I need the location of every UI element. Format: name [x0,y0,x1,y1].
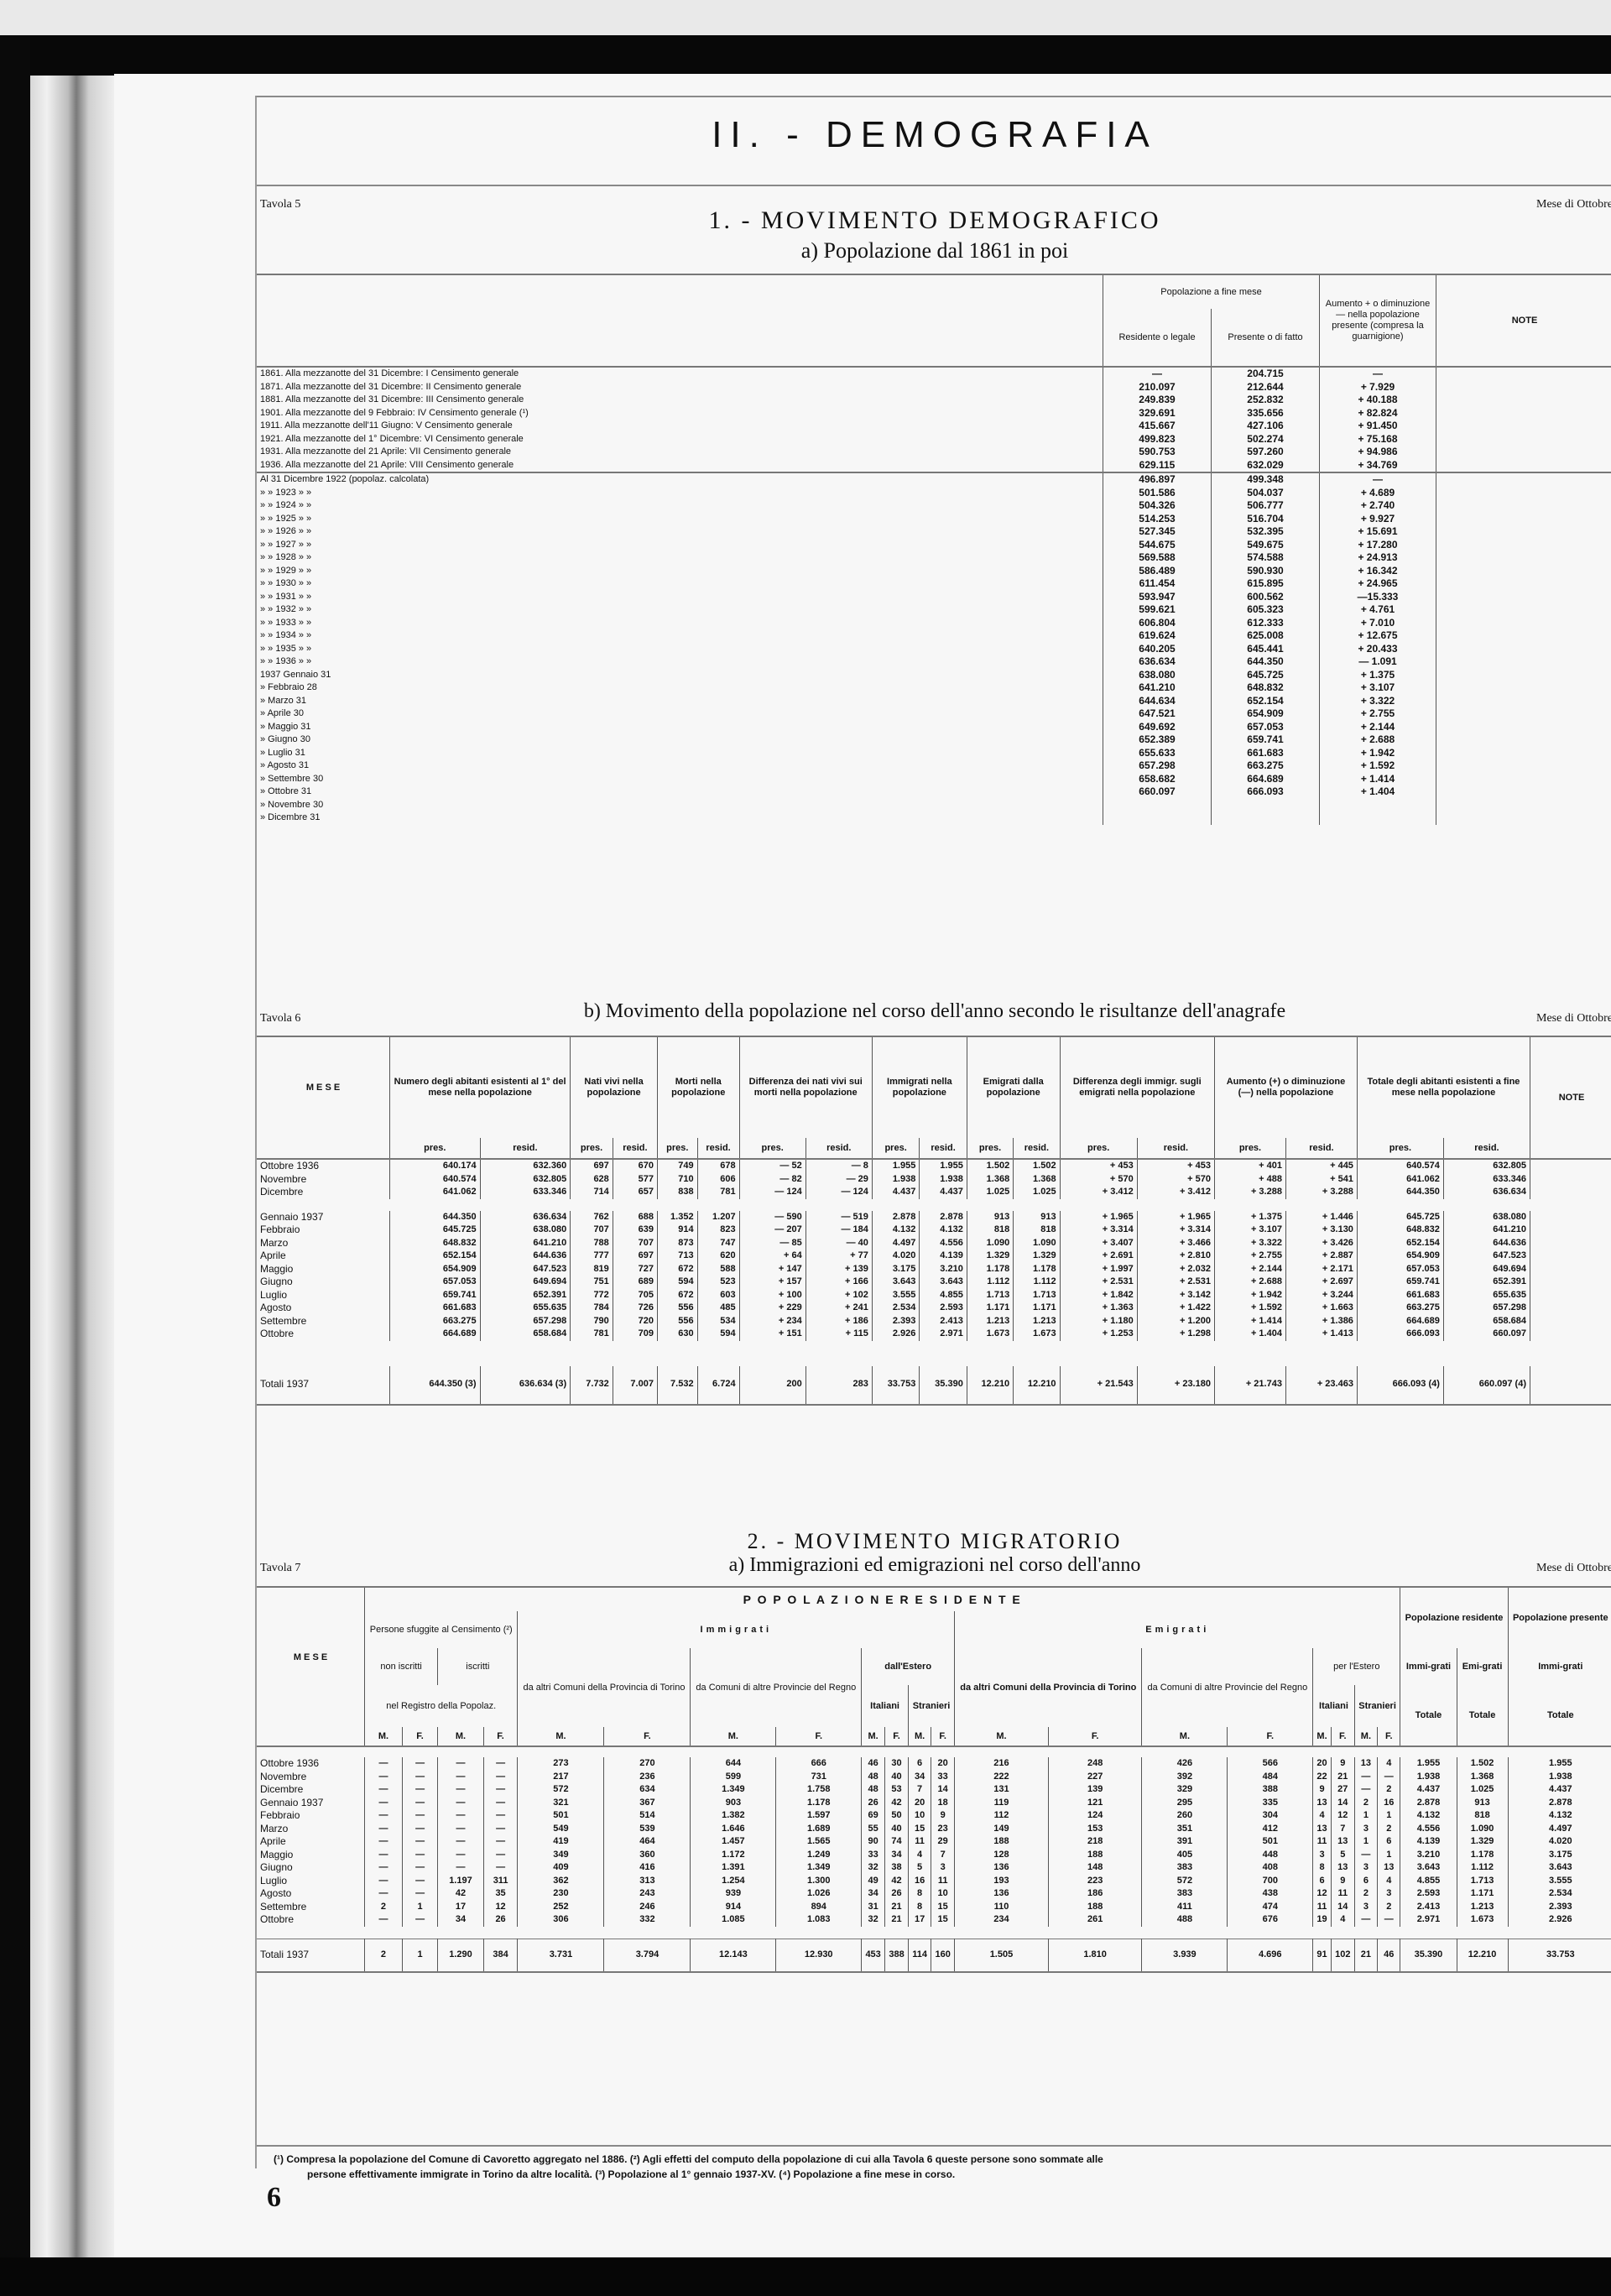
cell-value: 606 [697,1173,739,1187]
table-row: Totali 1937211.2903843.7313.79412.14312.… [257,1939,1611,1972]
cell-value: 5 [908,1861,931,1875]
row-label: » Ottobre 31 [257,785,1103,799]
cell-value: 1.565 [776,1835,862,1849]
cell-pres [1212,811,1320,825]
cell-value: 2.878 [872,1211,919,1224]
row-month: Ottobre 1936 [257,1757,365,1771]
cell-value: — [438,1861,483,1875]
col-residente: Residente o legale [1103,309,1212,367]
cell-value: 1.368 [967,1173,1013,1187]
cell-value: 873 [657,1237,697,1250]
cell-value: 2.971 [1400,1913,1457,1927]
cell-diff: — 1.091 [1320,655,1436,669]
cell-value: 2.878 [1508,1797,1611,1810]
cell-value: 539 [604,1823,691,1836]
row-label: » Settembre 30 [257,773,1103,786]
table-title: 1. - MOVIMENTO DEMOGRAFICO [257,206,1611,235]
subcol-pres: pres. [571,1138,613,1159]
cell-value: 1.955 [1508,1757,1611,1771]
cell-value: 913 [1014,1211,1060,1224]
cell-note [1436,617,1611,630]
cell-value: 48 [862,1771,885,1784]
cell-value: 32 [862,1861,885,1875]
cell-value: — [365,1835,403,1849]
cell-pres: 657.053 [1212,721,1320,734]
cell-res: 658.682 [1103,773,1212,786]
cell-value: 2 [1378,1783,1400,1797]
cell-value: 53 [885,1783,909,1797]
subcol-m: M. [1354,1727,1377,1746]
cell-value: 666 [776,1757,862,1771]
cell-value: 7.732 [571,1366,613,1405]
cell-value: 1.352 [657,1211,697,1224]
cell-value: 14 [1331,1901,1354,1914]
cell-value: 4.132 [1508,1809,1611,1823]
cell-value: 295 [1142,1797,1228,1810]
spacer-row [257,1927,1611,1939]
spacer [257,1138,390,1159]
cell-value: 644.636 [1443,1237,1530,1250]
cell-value: 332 [604,1913,691,1927]
cell-value: + 3.314 [1060,1224,1137,1237]
table-row: Al 31 Dicembre 1922 (popolaz. calcolata)… [257,472,1611,487]
cell-value: 572 [1142,1875,1228,1888]
cell-res: 210.097 [1103,381,1212,394]
cell-diff: + 75.168 [1320,433,1436,446]
col-header-0: Numero degli abitanti esistenti al 1° de… [390,1036,571,1138]
cell-value: 13 [1354,1757,1377,1771]
cell-pres: 504.037 [1212,487,1320,500]
cell-value: 3.555 [872,1289,919,1302]
cell-value: 222 [955,1771,1049,1784]
cell-value: 311 [483,1875,518,1888]
table-row: Aprile————4194641.4571.56590741129188218… [257,1835,1611,1849]
cell-value: 23 [931,1823,955,1836]
cell-value: 913 [967,1211,1013,1224]
col-header-3: Differenza dei nati vivi sui morti nella… [739,1036,872,1138]
cell-value: 638.080 [480,1224,571,1237]
cell-value: 1.713 [1014,1289,1060,1302]
cell-pres: 600.562 [1212,591,1320,604]
cell-value: + 570 [1060,1173,1137,1187]
cell-value: 20 [908,1797,931,1810]
subcol-m: M. [691,1727,776,1746]
cell-value: 1.713 [967,1289,1013,1302]
cell-value: 236 [604,1771,691,1784]
cell-value: 1.713 [1457,1875,1508,1888]
cell-value: 148 [1048,1861,1142,1875]
row-label: 1921. Alla mezzanotte del 1° Dicembre: V… [257,433,1103,446]
cell-value: 6.724 [697,1366,739,1405]
subcol-m: M. [908,1727,931,1746]
cell-value: 248 [1048,1757,1142,1771]
cell-value: 4.132 [872,1224,919,1237]
cell-value: — 52 [739,1159,805,1173]
cell-value: — 82 [739,1173,805,1187]
cell-value: 1.085 [691,1913,776,1927]
cell-value: 8 [908,1901,931,1914]
cell-value: 4 [908,1849,931,1862]
cell-value: 644.350 (3) [390,1366,481,1405]
cell-value: 160 [931,1939,955,1972]
cell-value: 21 [885,1913,909,1927]
cell-note [1530,1315,1611,1328]
cell-pres: 659.741 [1212,733,1320,747]
cell-note [1436,785,1611,799]
cell-value: 632.805 [480,1173,571,1187]
cell-diff: — [1320,367,1436,381]
cell-pres [1212,799,1320,812]
cell-value: 577 [613,1173,657,1187]
cell-value: 3 [931,1861,955,1875]
table-row: Febbraio————5015141.3821.597695010911212… [257,1809,1611,1823]
cell-value: 26 [885,1887,909,1901]
page-number: 6 [267,2182,281,2214]
cell-pres: 652.154 [1212,695,1320,708]
cell-value: 304 [1228,1809,1313,1823]
cell-pres: 204.715 [1212,367,1320,381]
cell-value: 119 [955,1797,1049,1810]
cell-value: 640.174 [390,1159,481,1173]
cell-value: — [365,1823,403,1836]
cell-value: 777 [571,1250,613,1263]
cell-value: 388 [885,1939,909,1972]
table-row: Luglio659.741652.391772705672603+ 100+ 1… [257,1289,1611,1302]
cell-value: 110 [955,1901,1049,1914]
cell-pres: 644.350 [1212,655,1320,669]
cell-value: 1.955 [1400,1757,1457,1771]
cell-note [1436,420,1611,433]
cell-res: 636.634 [1103,655,1212,669]
cell-value: 1.197 [438,1875,483,1888]
cell-value: 657.053 [390,1276,481,1289]
cell-value: 1 [402,1901,437,1914]
subcol-f: F. [402,1727,437,1746]
cell-value: 666.093 (4) [1357,1366,1443,1405]
cell-value: 474 [1228,1901,1313,1914]
book-spine [30,76,114,2257]
spacer-row [257,1199,1611,1211]
cell-value: 2.926 [1508,1913,1611,1927]
table-row: 1931. Alla mezzanotte del 21 Aprile: VII… [257,446,1611,459]
cell-value: + 100 [739,1289,805,1302]
cell-value: 13 [1378,1861,1400,1875]
subcol-pres: pres. [657,1138,697,1159]
cell-note [1530,1302,1611,1315]
cell-diff: + 2.688 [1320,733,1436,747]
subcol-resid: resid. [1014,1138,1060,1159]
cell-value: + 77 [805,1250,872,1263]
cell-res: 649.692 [1103,721,1212,734]
cell-value: — [438,1797,483,1810]
cell-value: 501 [1228,1835,1313,1849]
cell-value: 488 [1142,1913,1228,1927]
cell-value: 652.391 [1443,1276,1530,1289]
cell-pres: 648.832 [1212,681,1320,695]
cell-value: 2.413 [920,1315,967,1328]
cell-value: 114 [908,1939,931,1972]
cell-value: 90 [862,1835,885,1849]
cell-value: 453 [862,1939,885,1972]
cell-value: + 1.422 [1137,1302,1214,1315]
cell-value: 4.139 [1400,1835,1457,1849]
table-row: » » 1923 » »501.586504.037+ 4.689 [257,487,1611,500]
cell-value: 1.329 [1014,1250,1060,1263]
cell-value: 713 [657,1250,697,1263]
cell-value: 641.062 [1357,1173,1443,1187]
cell-value: 731 [776,1771,862,1784]
cell-value: 781 [697,1186,739,1199]
cell-value: 678 [697,1159,739,1173]
cell-value: 42 [885,1875,909,1888]
cell-value: 914 [657,1224,697,1237]
cell-value: — 85 [739,1237,805,1250]
col-totale: Totale [1457,1685,1508,1746]
movement-rows: Ottobre 1936640.174632.360697670749678— … [257,1159,1611,1405]
cell-value: 652.154 [1357,1237,1443,1250]
cell-value: 426 [1142,1757,1228,1771]
cell-value: 3 [1378,1887,1400,1901]
row-month: Ottobre 1936 [257,1159,390,1173]
cell-value: + 1.298 [1137,1328,1214,1341]
cell-value: 514 [604,1809,691,1823]
cell-value: 644.636 [480,1250,571,1263]
cell-diff: + 82.824 [1320,407,1436,420]
cell-value: 136 [955,1887,1049,1901]
cell-note [1436,459,1611,473]
cell-value: + 453 [1137,1159,1214,1173]
cell-value: 2.534 [872,1302,919,1315]
table-row: » » 1930 » »611.454615.895+ 24.965 [257,577,1611,591]
cell-value: 594 [657,1276,697,1289]
subcol-resid: resid. [1137,1138,1214,1159]
cell-value: 270 [604,1757,691,1771]
cell-value: + 102 [805,1289,872,1302]
cell-value: 1 [1354,1835,1377,1849]
row-label: 1861. Alla mezzanotte del 31 Dicembre: I… [257,367,1103,381]
cell-res [1103,811,1212,825]
subcol-resid: resid. [805,1138,872,1159]
cell-value: 772 [571,1289,613,1302]
cell-value: + 1.200 [1137,1315,1214,1328]
page-content: II. - DEMOGRAFIA Tavola 5 Mese di Ottobr… [255,96,1611,2168]
row-label: » » 1932 » » [257,603,1103,617]
cell-value: — [1378,1913,1400,1927]
cell-value: 652.154 [390,1250,481,1263]
row-label: » » 1936 » » [257,655,1103,669]
cell-value: 306 [518,1913,604,1927]
cell-note [1530,1366,1611,1405]
cell-value: 654.909 [1357,1250,1443,1263]
cell-value: 523 [697,1276,739,1289]
col-imm-italiani: Italiani [862,1685,909,1727]
cell-value: 69 [862,1809,885,1823]
cell-value: 663.275 [390,1315,481,1328]
cell-value: 749 [657,1159,697,1173]
cell-value: 534 [697,1315,739,1328]
cell-value: 636.634 (3) [480,1366,571,1405]
cell-value: 4.855 [920,1289,967,1302]
cell-value: 657.298 [480,1315,571,1328]
cell-value: + 115 [805,1328,872,1341]
cell-value: 48 [862,1783,885,1797]
row-month: Dicembre [257,1783,365,1797]
row-month: Settembre [257,1315,390,1328]
cell-res: 644.634 [1103,695,1212,708]
cell-value: 661.683 [390,1302,481,1315]
subcol-f: F. [604,1727,691,1746]
table-row: Marzo————5495391.6461.689554015231491533… [257,1823,1611,1836]
cell-value: 1.025 [1457,1783,1508,1797]
cell-value: 640.574 [1357,1159,1443,1173]
subcol-f: F. [1048,1727,1142,1746]
cell-value: 3.643 [1508,1861,1611,1875]
cell-value: 383 [1142,1861,1228,1875]
cell-value: 55 [862,1823,885,1836]
cell-diff: — [1320,472,1436,487]
cell-value: 12 [483,1901,518,1914]
cell-value: 15 [908,1823,931,1836]
cell-value: — [402,1875,437,1888]
cell-note [1530,1211,1611,1224]
cell-value: — [365,1849,403,1862]
col-per-estero: per l'Estero [1313,1648,1400,1685]
cell-note [1530,1159,1611,1173]
cell-value: 124 [1048,1809,1142,1823]
cell-value: 464 [604,1835,691,1849]
table-row: » » 1933 » »606.804612.333+ 7.010 [257,617,1611,630]
cell-value: 647.523 [1443,1250,1530,1263]
cell-value: + 541 [1285,1173,1357,1187]
cell-value: 367 [604,1797,691,1810]
cell-value: + 3.412 [1060,1186,1137,1199]
cell-value: 313 [604,1875,691,1888]
cell-res: 496.897 [1103,472,1212,487]
cell-value: 21 [1354,1939,1377,1972]
cell-value: — [365,1809,403,1823]
subcol-pres: pres. [390,1138,481,1159]
table-row: Settembre663.275657.298790720556534+ 234… [257,1315,1611,1328]
cell-value: + 1.942 [1214,1289,1285,1302]
cell-value: 664.689 [390,1328,481,1341]
cell-value: 603 [697,1289,739,1302]
cell-value: + 401 [1214,1159,1285,1173]
row-label: » Maggio 31 [257,721,1103,734]
cell-value: 243 [604,1887,691,1901]
table-row: » » 1928 » »569.588574.588+ 24.913 [257,551,1611,565]
row-label: » » 1930 » » [257,577,1103,591]
row-month: Novembre [257,1771,365,1784]
cell-value: 15 [931,1913,955,1927]
cell-value: 246 [604,1901,691,1914]
cell-value: 784 [571,1302,613,1315]
row-month: Totali 1937 [257,1939,365,1972]
cell-value: + 445 [1285,1159,1357,1173]
cell-note [1436,577,1611,591]
row-label: » » 1935 » » [257,643,1103,656]
cell-value: + 570 [1137,1173,1214,1187]
row-label: » » 1925 » » [257,513,1103,526]
row-month: Gennaio 1937 [257,1797,365,1810]
cell-value: 10 [908,1809,931,1823]
table-row: Ottobre664.689658.684781709630594+ 151+ … [257,1328,1611,1341]
cell-pres: 252.832 [1212,394,1320,407]
cell-value: 640.574 [390,1173,481,1187]
cell-value: + 229 [739,1302,805,1315]
cell-value: 3 [1354,1861,1377,1875]
cell-value: 49 [862,1875,885,1888]
cell-value: 710 [657,1173,697,1187]
cell-res: 593.947 [1103,591,1212,604]
cell-value: 2 [1378,1823,1400,1836]
cell-value: — [402,1809,437,1823]
cell-value: 6 [908,1757,931,1771]
cell-value: 1.213 [967,1315,1013,1328]
subcol-pres: pres. [872,1138,919,1159]
cell-value: 1.112 [1014,1276,1060,1289]
cell-value: 641.062 [390,1186,481,1199]
table-title: a) Immigrazioni ed emigrazioni nel corso… [257,1554,1611,1577]
cell-value: 1.505 [955,1939,1049,1972]
cell-diff: + 17.280 [1320,539,1436,552]
col-emi-per-provincia: da altri Comuni della Provincia di Torin… [955,1648,1142,1727]
cell-value: 33 [931,1771,955,1784]
row-label: » » 1929 » » [257,565,1103,578]
cell-value: 659.741 [1357,1276,1443,1289]
subcol-pres: pres. [1357,1138,1443,1159]
cell-value: 1.673 [1014,1328,1060,1341]
cell-value: 20 [1313,1757,1332,1771]
col-group-popolazione: Popolazione a fine mese [1103,274,1320,309]
subcol-m: M. [518,1727,604,1746]
table-row: » Settembre 30658.682664.689+ 1.414 [257,773,1611,786]
cell-value: 9 [1331,1757,1354,1771]
cell-value: 27 [1331,1783,1354,1797]
cell-value: 12 [1331,1809,1354,1823]
row-month: Febbraio [257,1809,365,1823]
cell-value: + 1.386 [1285,1315,1357,1328]
cell-value: 697 [613,1250,657,1263]
cell-value: 1.457 [691,1835,776,1849]
cell-value: 2.534 [1508,1887,1611,1901]
cell-value: 46 [862,1757,885,1771]
subcol-pres: pres. [967,1138,1013,1159]
cell-value: — [402,1835,437,1849]
cell-value: — [483,1757,518,1771]
cell-pres: 664.689 [1212,773,1320,786]
cell-value: 9 [1331,1875,1354,1888]
cell-value: + 1.180 [1060,1315,1137,1328]
cell-value: 11 [1313,1835,1332,1849]
cell-note [1436,472,1611,487]
cell-value: 644.350 [390,1211,481,1224]
cell-note [1436,551,1611,565]
cell-value: — [483,1783,518,1797]
cell-value: 1.349 [691,1783,776,1797]
cell-value: 1.171 [1014,1302,1060,1315]
cell-res: 611.454 [1103,577,1212,591]
table-row: Ottobre 1936640.174632.360697670749678— … [257,1159,1611,1173]
row-label: » Aprile 30 [257,707,1103,721]
cell-value: 3.643 [920,1276,967,1289]
cell-value: 12.210 [967,1366,1013,1405]
table-row: 1881. Alla mezzanotte del 31 Dicembre: I… [257,394,1611,407]
cell-value: 632.805 [1443,1159,1530,1173]
table-row: Giugno————4094161.3911.34932385313614838… [257,1861,1611,1875]
col-totale: Totale [1508,1685,1611,1746]
row-label: » » 1924 » » [257,499,1103,513]
cell-res: 501.586 [1103,487,1212,500]
